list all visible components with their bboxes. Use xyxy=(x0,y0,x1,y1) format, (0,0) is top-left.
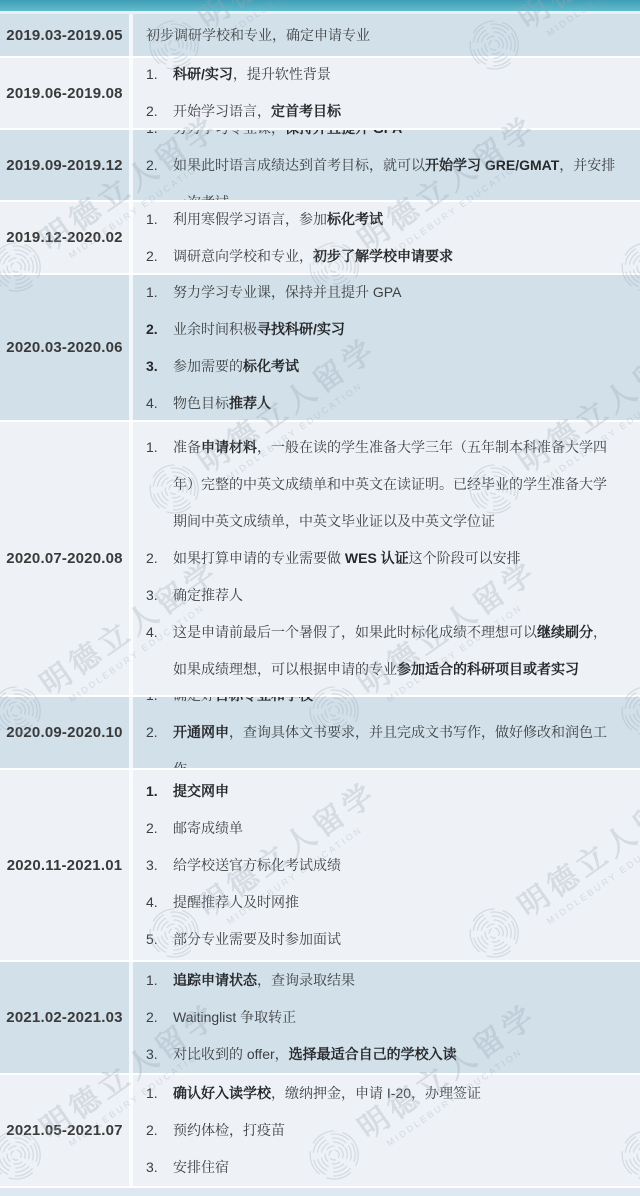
timeline-row: 2021.02-2021.031.追踪申请状态，查询录取结果2.Waitingl… xyxy=(0,962,640,1075)
task-number: 1. xyxy=(146,275,173,311)
tasks-cell: 1.科研/实习，提升软性背景2.开始学习语言，定首考目标 xyxy=(133,58,640,128)
task-text: 参加需要的标化考试 xyxy=(173,348,618,385)
period-cell: 2019.12-2020.02 xyxy=(0,202,133,273)
timeline-row: 2021.05-2021.071.确认好入读学校，缴纳押金，申请 I-20，办理… xyxy=(0,1075,640,1188)
task-item: 5.部分专业需要及时参加面试 xyxy=(146,921,618,958)
task-item: 1.努力学习专业课，保持并且提升 GPA xyxy=(146,130,618,147)
period-label: 2019.12-2020.02 xyxy=(6,229,122,246)
task-item: 2.如果打算申请的专业需要做 WES 认证这个阶段可以安排 xyxy=(146,540,618,577)
period-cell: 2019.06-2019.08 xyxy=(0,58,133,128)
period-label: 2019.06-2019.08 xyxy=(6,85,122,102)
period-cell: 2019.09-2019.12 xyxy=(0,130,133,200)
task-item: 4.物色目标推荐人 xyxy=(146,385,618,422)
period-cell: 2019.03-2019.05 xyxy=(0,14,133,56)
task-item: 3.确定推荐人 xyxy=(146,577,618,614)
task-item: 2.开通网申，查询具体文书要求，并且完成文书写作，做好修改和润色工作 xyxy=(146,714,618,770)
task-number: 1. xyxy=(146,1075,173,1112)
task-number: 1. xyxy=(146,962,173,999)
task-text: 追踪申请状态，查询录取结果 xyxy=(173,962,618,999)
task-text: 安排住宿 xyxy=(173,1149,618,1186)
tasks-cell: 1.提交网申2.邮寄成绩单3.给学校送官方标化考试成绩4.提醒推荐人及时网推5.… xyxy=(133,770,640,960)
task-text: 对比收到的 offer，选择最适合自己的学校入读 xyxy=(173,1036,618,1073)
timeline-row: 2019.03-2019.05初步调研学校和专业，确定申请专业 xyxy=(0,14,640,58)
period-cell: 2021.05-2021.07 xyxy=(0,1075,133,1186)
task-item: 3.参加需要的标化考试 xyxy=(146,348,618,385)
task-item: 2.开始学习语言，定首考目标 xyxy=(146,93,618,130)
task-number: 1. xyxy=(146,773,173,810)
task-text: 确定推荐人 xyxy=(173,577,618,614)
tasks-cell: 1.利用寒假学习语言，参加标化考试2.调研意向学校和专业，初步了解学校申请要求 xyxy=(133,202,640,273)
timeline-row: 2019.09-2019.121.努力学习专业课，保持并且提升 GPA2.如果此… xyxy=(0,130,640,202)
task-number: 4. xyxy=(146,385,173,422)
period-cell: 2020.11-2021.01 xyxy=(0,770,133,960)
task-number: 3. xyxy=(146,847,173,884)
task-text: 如果此时语言成绩达到首考目标，就可以开始学习 GRE/GMAT，并安排一次考试 xyxy=(173,147,618,203)
timeline-row: 2019.12-2020.021.利用寒假学习语言，参加标化考试2.调研意向学校… xyxy=(0,202,640,275)
period-label: 2021.02-2021.03 xyxy=(6,1009,122,1026)
task-item: 2.邮寄成绩单 xyxy=(146,810,618,847)
task-item: 1.利用寒假学习语言，参加标化考试 xyxy=(146,202,618,238)
task-number: 1. xyxy=(146,58,173,93)
timeline-row: 2020.03-2020.061.努力学习专业课，保持并且提升 GPA2.业余时… xyxy=(0,275,640,422)
task-number: 2. xyxy=(146,810,173,847)
task-text: 这是申请前最后一个暑假了，如果此时标化成绩不理想可以继续刷分，如果成绩理想，可以… xyxy=(173,614,618,688)
task-number: 5. xyxy=(146,921,173,958)
task-number: 3. xyxy=(146,348,173,385)
timeline-row: 2020.11-2021.011.提交网申2.邮寄成绩单3.给学校送官方标化考试… xyxy=(0,770,640,962)
task-text: 物色目标推荐人 xyxy=(173,385,618,422)
task-text: 给学校送官方标化考试成绩 xyxy=(173,847,618,884)
period-label: 2020.07-2020.08 xyxy=(6,550,122,567)
task-text: 提醒推荐人及时网推 xyxy=(173,884,618,921)
tasks-cell: 1.努力学习专业课，保持并且提升 GPA2.业余时间积极寻找科研/实习3.参加需… xyxy=(133,275,640,420)
task-number: 2. xyxy=(146,238,173,275)
task-item: 2.业余时间积极寻找科研/实习 xyxy=(146,311,618,348)
task-item: 2.预约体检，打疫苗 xyxy=(146,1112,618,1149)
task-number: 3. xyxy=(146,1036,173,1073)
task-item: 4.这是申请前最后一个暑假了，如果此时标化成绩不理想可以继续刷分，如果成绩理想，… xyxy=(146,614,618,688)
task-item: 1.追踪申请状态，查询录取结果 xyxy=(146,962,618,999)
period-label: 2019.03-2019.05 xyxy=(6,27,122,44)
tasks-cell: 初步调研学校和专业，确定申请专业 xyxy=(133,14,640,56)
task-item: 1.努力学习专业课，保持并且提升 GPA xyxy=(146,275,618,311)
tasks-cell: 1.确定好目标专业和学校2.开通网申，查询具体文书要求，并且完成文书写作，做好修… xyxy=(133,697,640,768)
task-item: 3.对比收到的 offer，选择最适合自己的学校入读 xyxy=(146,1036,618,1073)
tasks-cell: 1.准备申请材料，一般在读的学生准备大学三年（五年制本科准备大学四年）完整的中英… xyxy=(133,422,640,695)
task-item: 1.准备申请材料，一般在读的学生准备大学三年（五年制本科准备大学四年）完整的中英… xyxy=(146,429,618,540)
task-text: 确定好目标专业和学校 xyxy=(173,697,618,714)
task-number: 2. xyxy=(146,147,173,203)
period-label: 2019.09-2019.12 xyxy=(6,157,122,174)
task-item: 4.提醒推荐人及时网推 xyxy=(146,884,618,921)
task-item: 初步调研学校和专业，确定申请专业 xyxy=(146,17,618,54)
task-item: 1.提交网申 xyxy=(146,773,618,810)
task-text: 利用寒假学习语言，参加标化考试 xyxy=(173,202,618,238)
table-header-bar xyxy=(0,0,640,11)
period-cell: 2020.09-2020.10 xyxy=(0,697,133,768)
timeline-row: 2020.09-2020.101.确定好目标专业和学校2.开通网申，查询具体文书… xyxy=(0,697,640,770)
task-number: 3. xyxy=(146,577,173,614)
timeline-row: 2019.06-2019.081.科研/实习，提升软性背景2.开始学习语言，定首… xyxy=(0,58,640,130)
task-text: 部分专业需要及时参加面试 xyxy=(173,921,618,958)
task-number: 1. xyxy=(146,697,173,714)
task-number: 1. xyxy=(146,130,173,147)
task-item: 1.确定好目标专业和学校 xyxy=(146,697,618,714)
task-text: 开始学习语言，定首考目标 xyxy=(173,93,618,130)
task-item: 2.如果此时语言成绩达到首考目标，就可以开始学习 GRE/GMAT，并安排一次考… xyxy=(146,147,618,203)
task-number: 2. xyxy=(146,1112,173,1149)
task-text: 开通网申，查询具体文书要求，并且完成文书写作，做好修改和润色工作 xyxy=(173,714,618,770)
task-text: 科研/实习，提升软性背景 xyxy=(173,58,618,93)
task-number: 3. xyxy=(146,1149,173,1186)
period-label: 2020.11-2021.01 xyxy=(7,857,123,874)
task-item: 3.安排住宿 xyxy=(146,1149,618,1186)
tasks-cell: 1.努力学习专业课，保持并且提升 GPA2.如果此时语言成绩达到首考目标，就可以… xyxy=(133,130,640,200)
task-text: 调研意向学校和专业，初步了解学校申请要求 xyxy=(173,238,618,275)
task-text: 准备申请材料，一般在读的学生准备大学三年（五年制本科准备大学四年）完整的中英文成… xyxy=(173,429,618,540)
task-text: 邮寄成绩单 xyxy=(173,810,618,847)
task-text: 努力学习专业课，保持并且提升 GPA xyxy=(173,130,618,147)
bottom-strip xyxy=(0,1188,640,1196)
task-number: 1. xyxy=(146,429,173,540)
task-item: 2.调研意向学校和专业，初步了解学校申请要求 xyxy=(146,238,618,275)
task-number: 4. xyxy=(146,884,173,921)
period-cell: 2020.03-2020.06 xyxy=(0,275,133,420)
task-text: Waitinglist 争取转正 xyxy=(173,999,618,1036)
tasks-cell: 1.确认好入读学校，缴纳押金，申请 I-20，办理签证2.预约体检，打疫苗3.安… xyxy=(133,1075,640,1186)
task-item: 1.确认好入读学校，缴纳押金，申请 I-20，办理签证 xyxy=(146,1075,618,1112)
task-text: 如果打算申请的专业需要做 WES 认证这个阶段可以安排 xyxy=(173,540,618,577)
period-label: 2021.05-2021.07 xyxy=(6,1122,122,1139)
period-label: 2020.03-2020.06 xyxy=(6,339,122,356)
task-text: 初步调研学校和专业，确定申请专业 xyxy=(146,17,618,54)
task-text: 努力学习专业课，保持并且提升 GPA xyxy=(173,275,618,311)
period-label: 2020.09-2020.10 xyxy=(6,724,122,741)
period-cell: 2021.02-2021.03 xyxy=(0,962,133,1073)
task-number: 2. xyxy=(146,540,173,577)
task-number: 2. xyxy=(146,93,173,130)
task-number: 2. xyxy=(146,999,173,1036)
task-text: 业余时间积极寻找科研/实习 xyxy=(173,311,618,348)
task-text: 预约体检，打疫苗 xyxy=(173,1112,618,1149)
study-abroad-application-timeline: 2019.03-2019.05初步调研学校和专业，确定申请专业2019.06-2… xyxy=(0,0,640,1196)
task-item: 2.Waitinglist 争取转正 xyxy=(146,999,618,1036)
task-number: 4. xyxy=(146,614,173,688)
task-item: 1.科研/实习，提升软性背景 xyxy=(146,58,618,93)
tasks-cell: 1.追踪申请状态，查询录取结果2.Waitinglist 争取转正3.对比收到的… xyxy=(133,962,640,1073)
period-cell: 2020.07-2020.08 xyxy=(0,422,133,695)
task-text: 提交网申 xyxy=(173,773,618,810)
timeline-rows: 2019.03-2019.05初步调研学校和专业，确定申请专业2019.06-2… xyxy=(0,14,640,1188)
task-number: 1. xyxy=(146,202,173,238)
task-text: 确认好入读学校，缴纳押金，申请 I-20，办理签证 xyxy=(173,1075,618,1112)
task-number: 2. xyxy=(146,714,173,770)
task-number: 2. xyxy=(146,311,173,348)
task-item: 3.给学校送官方标化考试成绩 xyxy=(146,847,618,884)
timeline-row: 2020.07-2020.081.准备申请材料，一般在读的学生准备大学三年（五年… xyxy=(0,422,640,697)
